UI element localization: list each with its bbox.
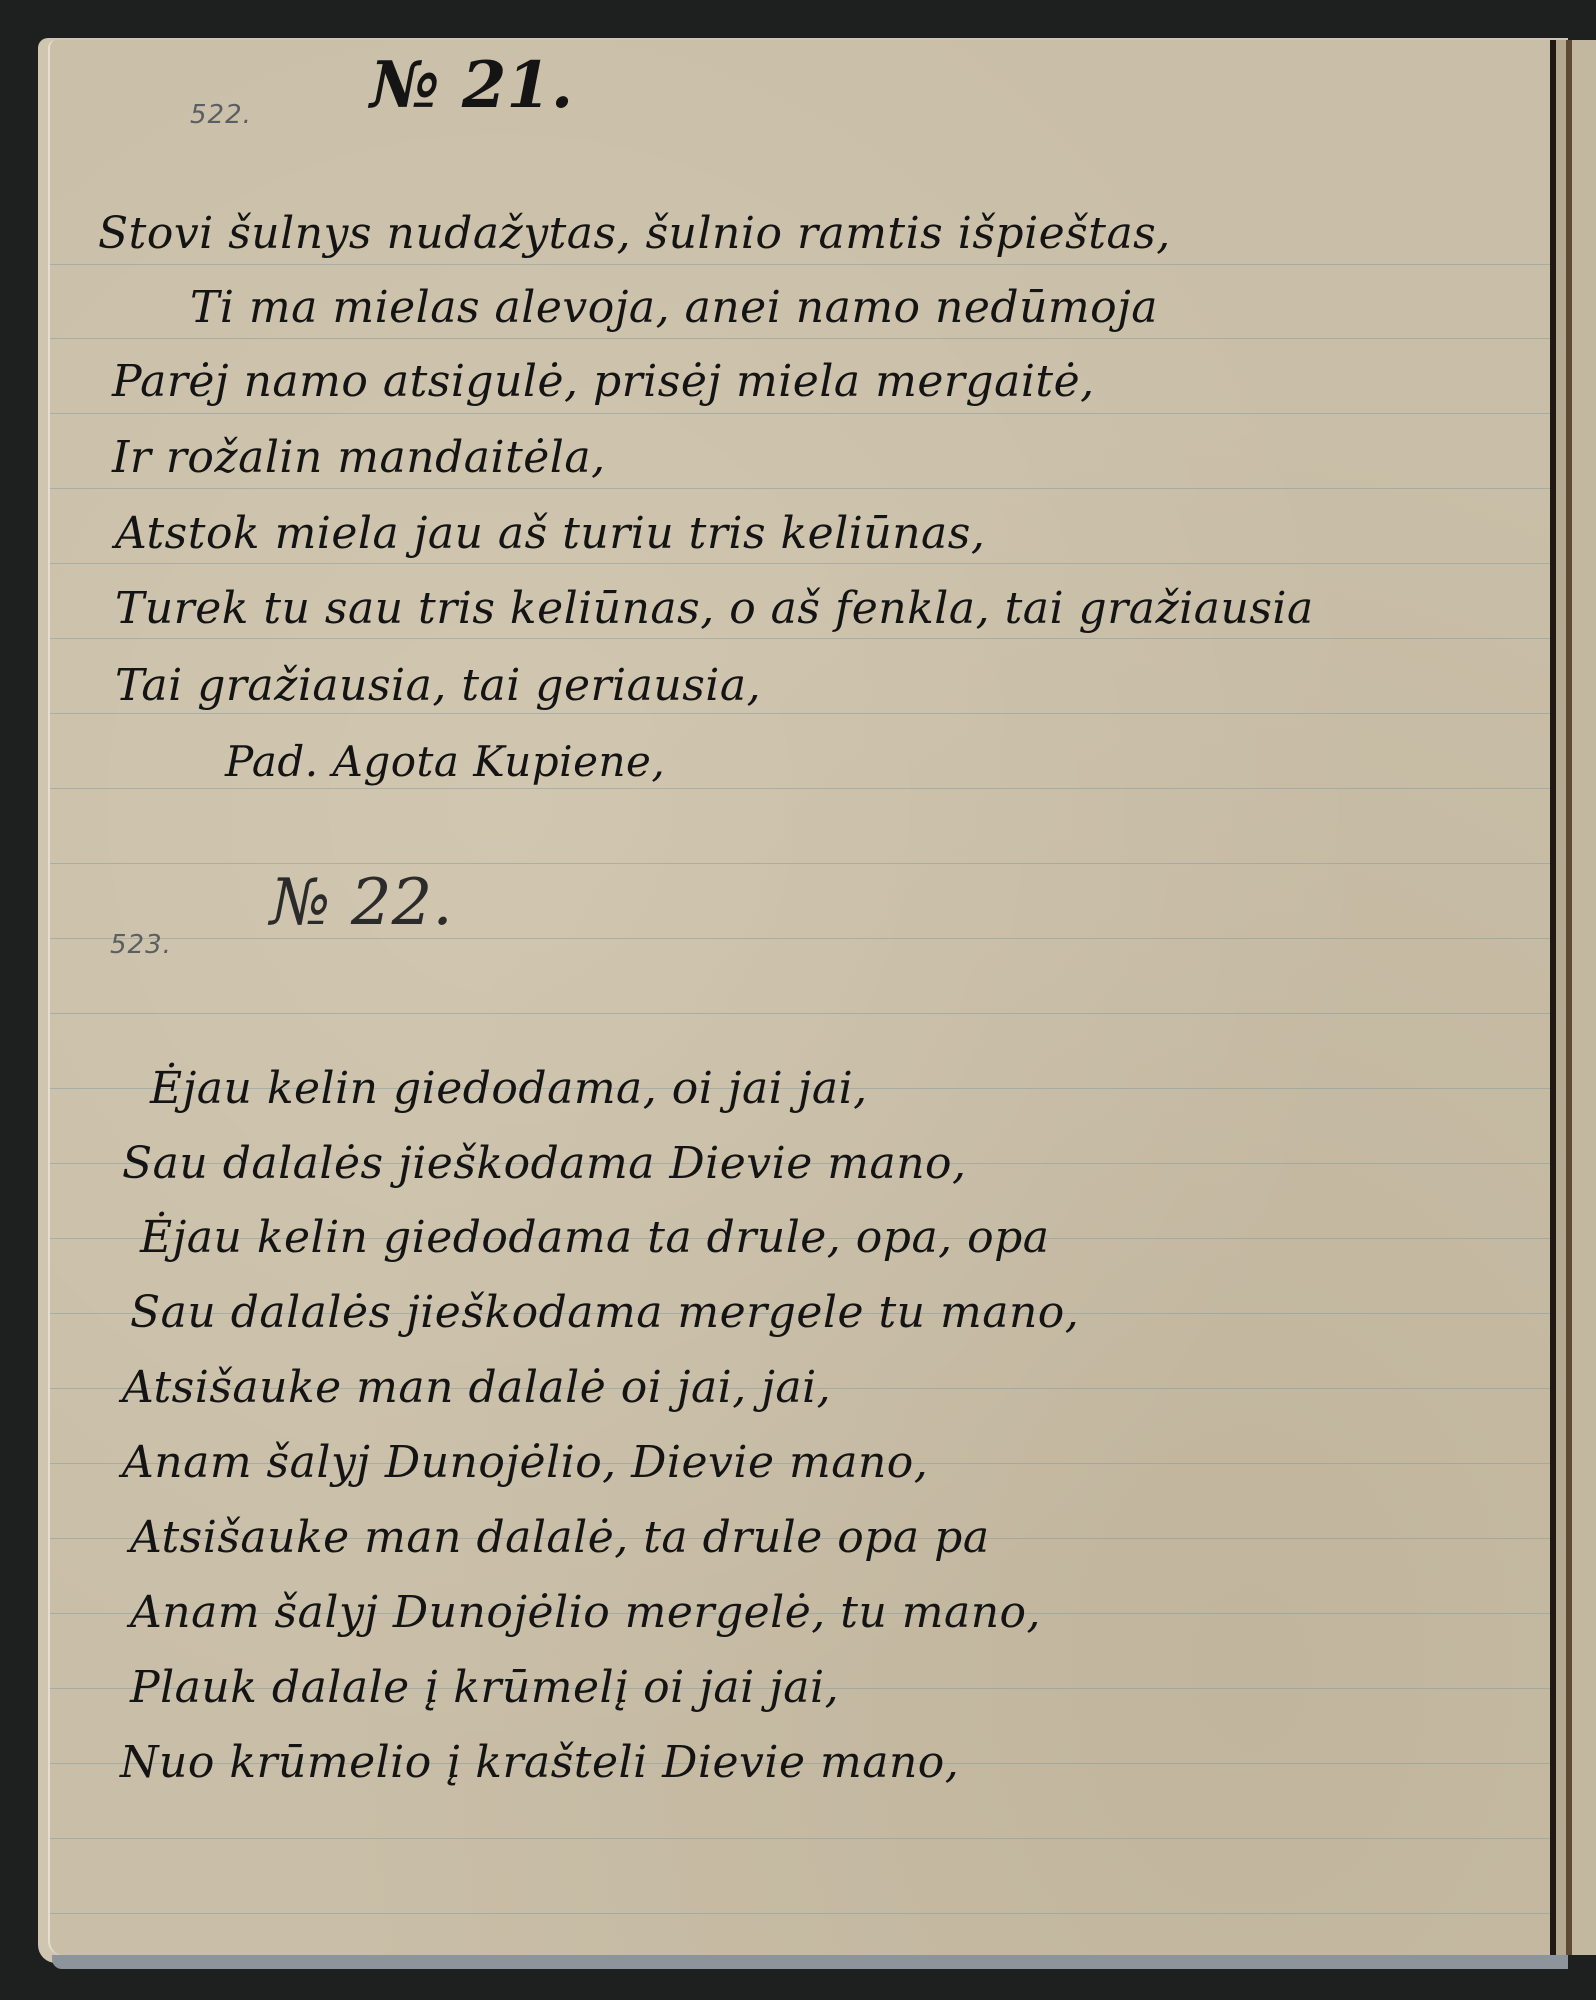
ruled-line [50, 1913, 1550, 1914]
archive-number-song-21: 522. [190, 100, 252, 130]
ruled-line [50, 788, 1550, 789]
verse-line: Sau dalalės jieškodama mergele tu mano, [130, 1287, 1079, 1338]
verse-line: Anam šalyj Dunojėlio mergelė, tu mano, [130, 1587, 1041, 1638]
verse-line: Sau dalalės jieškodama Dievie mano, [122, 1138, 967, 1189]
verse-line: Anam šalyj Dunojėlio, Dievie mano, [122, 1437, 928, 1488]
verse-line: Ėjau kelin giedodama, oi jai jai, [150, 1063, 868, 1114]
ruled-line [50, 338, 1550, 339]
ruled-line [50, 863, 1550, 864]
song-number-21: № 21. [370, 48, 573, 123]
verse-line: Ir rožalin mandaitėla, [112, 432, 606, 483]
verse-line: Stovi šulnys nudažytas, šulnio ramtis iš… [98, 208, 1171, 259]
ruled-line [50, 1013, 1550, 1014]
verse-line: Ėjau kelin giedodama ta drule, opa, opa [140, 1212, 1050, 1263]
ruled-line [50, 563, 1550, 564]
verse-line: Plauk dalale į krūmelį oi jai jai, [130, 1662, 839, 1713]
song-number-22: № 22. [270, 866, 453, 940]
ruled-line [50, 1838, 1550, 1839]
verse-line: Tai gražiausia, tai geriausia, [115, 660, 761, 711]
ruled-line [50, 638, 1550, 639]
ruled-line [50, 488, 1550, 489]
ruled-line [50, 264, 1550, 265]
verse-line: Nuo krūmelio į krašteli Dievie mano, [120, 1737, 959, 1788]
binding-gutter-paper [1556, 40, 1566, 1955]
facing-page-edge [1572, 40, 1596, 1955]
verse-line: Atstok miela jau aš turiu tris keliūnas, [115, 508, 985, 559]
verse-line: Parėj namo atsigulė, prisėj miela mergai… [112, 356, 1095, 407]
informant-signature: Pad. Agota Kupiene, [225, 737, 665, 786]
verse-line: Turek tu sau tris keliūnas, o aš fenkla,… [115, 583, 1314, 634]
page-stack-bottom-edge [52, 1955, 1568, 1969]
verse-line: Atsišauke man dalalė oi jai, jai, [122, 1362, 831, 1413]
verse-line: Ti ma mielas alevoja, anei namo nedūmoja [190, 282, 1158, 333]
ruled-line [50, 413, 1550, 414]
verse-line: Atsišauke man dalalė, ta drule opa pa [130, 1512, 990, 1563]
ruled-line [50, 713, 1550, 714]
archive-number-song-22: 523. [110, 930, 172, 960]
